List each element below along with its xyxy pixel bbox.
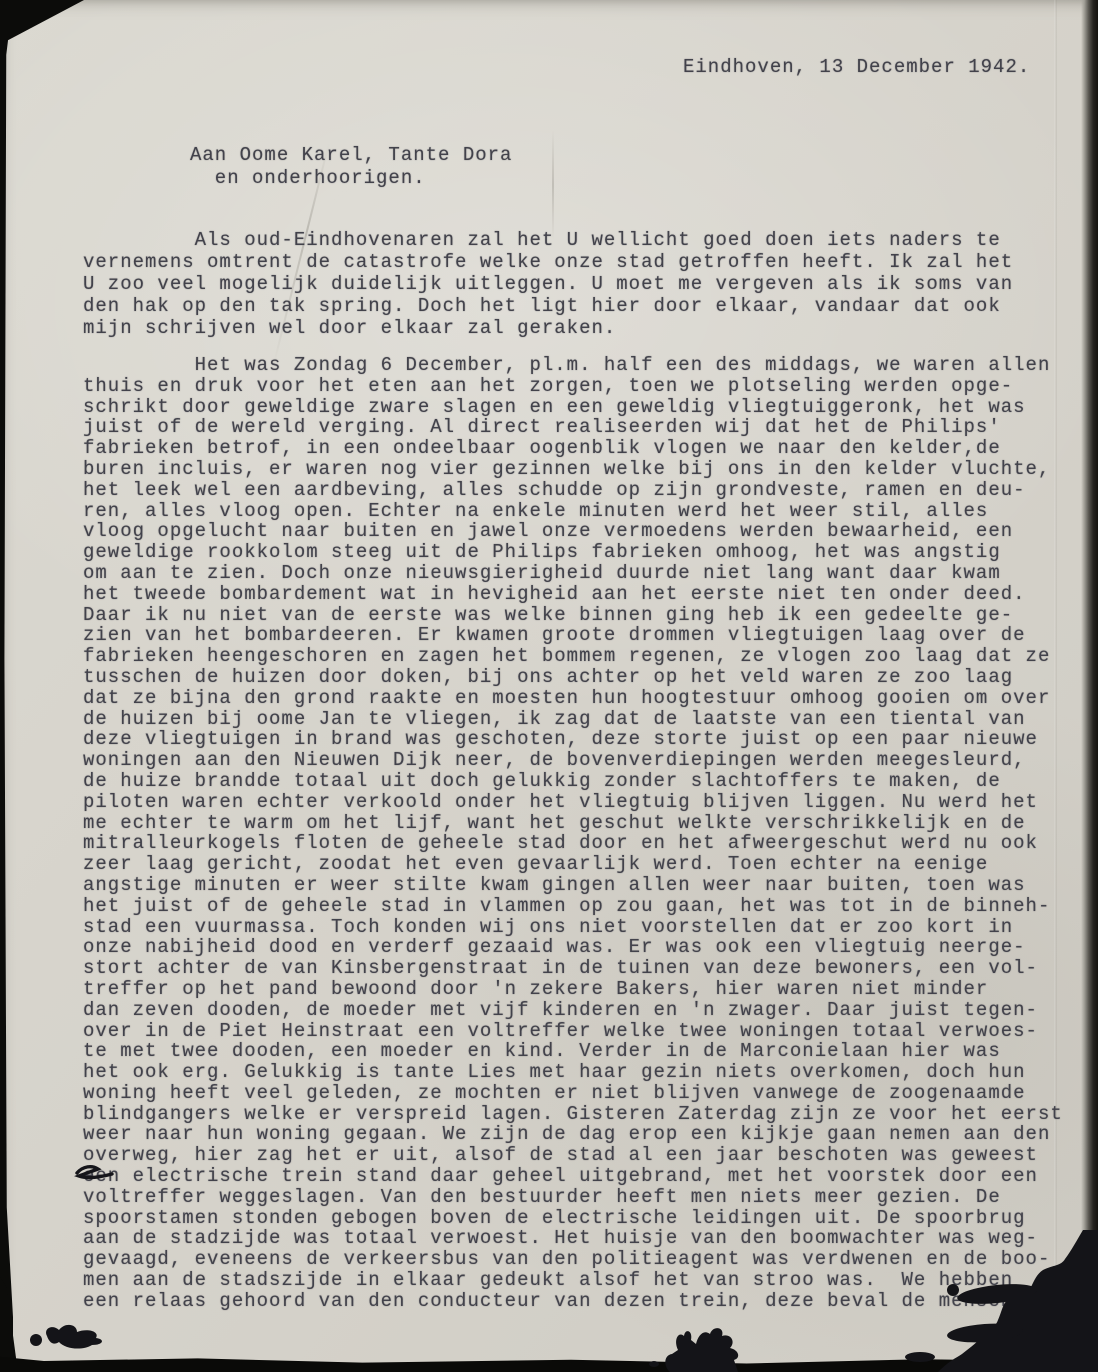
scan-edge-right (1081, 0, 1098, 1372)
paper-crease-small (552, 130, 554, 240)
date-line: Eindhoven, 13 December 1942. (683, 56, 1030, 79)
paragraph-body: Het was Zondag 6 December, pl.m. half ee… (83, 355, 1063, 1312)
ink-blot-left (25, 1316, 121, 1358)
ink-blot-center (640, 1292, 760, 1372)
pen-mark (74, 1164, 118, 1184)
ink-blot-right-corner (830, 1230, 1098, 1372)
letter-paper: Eindhoven, 13 December 1942. Aan Oome Ka… (0, 0, 1098, 1372)
paragraph-intro: Als oud-Eindhovenaren zal het U wellicht… (83, 229, 1013, 339)
salutation: Aan Oome Karel, Tante Dora en onderhoori… (190, 144, 512, 190)
scanned-letter-page: Eindhoven, 13 December 1942. Aan Oome Ka… (0, 0, 1098, 1372)
